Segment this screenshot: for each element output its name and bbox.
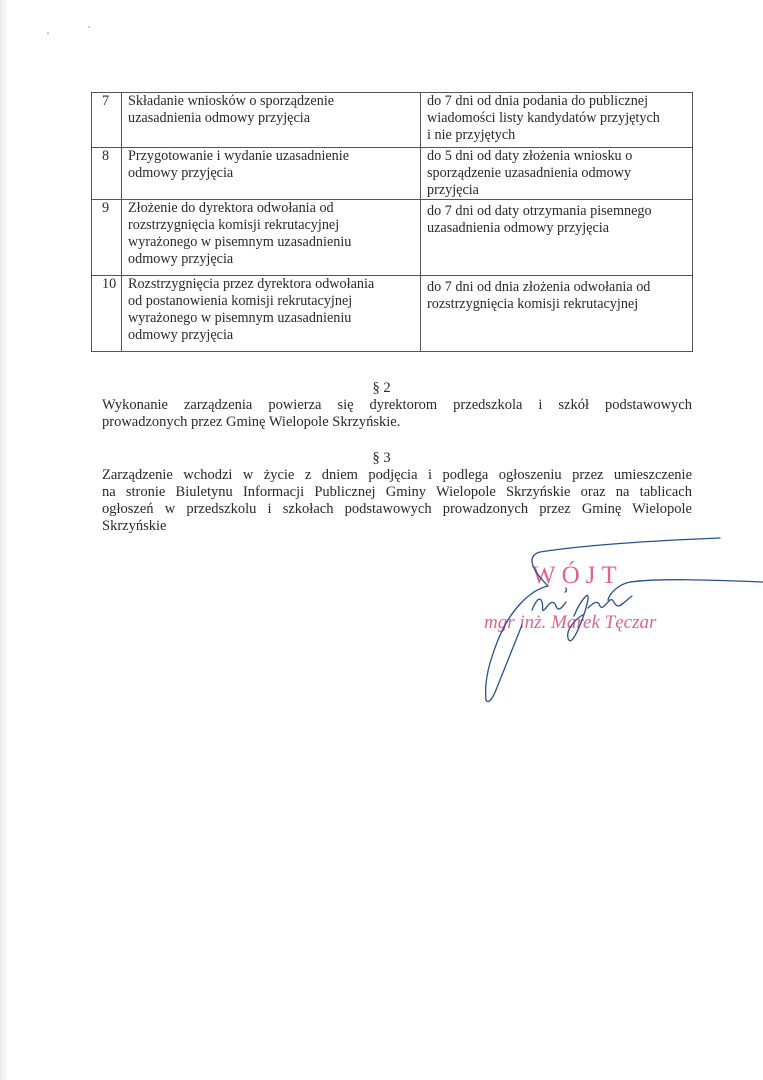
deadline-line: rozstrzygnięcia komisji rekrutacyjnej <box>427 296 687 313</box>
row-number: 10 <box>92 276 122 352</box>
section-mark-2: § 2 <box>0 380 763 397</box>
activity-line: Złożenie do dyrektora odwołania od <box>128 200 415 217</box>
section-3-body: Zarządzenie wchodzi w życie z dniem podj… <box>102 467 692 535</box>
deadline-line: do 7 dni od dnia złożenia odwołania od <box>427 279 687 296</box>
table-row: 8 Przygotowanie i wydanie uzasadnienie o… <box>92 148 693 200</box>
row-number: 7 <box>92 93 122 148</box>
section-2-body: Wykonanie zarządzenia powierza się dyrek… <box>102 397 692 431</box>
deadline-line: wiadomości listy kandydatów przyjętych <box>427 110 687 127</box>
row-deadline: do 5 dni od daty złożenia wniosku o spor… <box>421 148 693 200</box>
activity-line: odmowy przyjęcia <box>128 251 415 268</box>
row-activity: Złożenie do dyrektora odwołania od rozst… <box>122 200 421 276</box>
deadline-line: sporządzenie uzasadnienia odmowy <box>427 165 687 182</box>
row-number: 8 <box>92 148 122 200</box>
activity-line: odmowy przyjęcia <box>128 327 415 344</box>
activity-line: od postanowienia komisji rekrutacyjnej <box>128 293 415 310</box>
scan-speck <box>47 32 49 34</box>
row-activity: Składanie wniosków o sporządzenie uzasad… <box>122 93 421 148</box>
row-activity: Przygotowanie i wydanie uzasadnienie odm… <box>122 148 421 200</box>
recruitment-schedule-table: 7 Składanie wniosków o sporządzenie uzas… <box>91 92 693 352</box>
row-number: 9 <box>92 200 122 276</box>
activity-line: wyrażonego w pisemnym uzasadnieniu <box>128 310 415 327</box>
handwritten-signature <box>470 530 763 710</box>
activity-line: rozstrzygnięcia komisji rekrutacyjnej <box>128 217 415 234</box>
scan-speck <box>88 26 90 28</box>
section-line: prowadzonych przez Gminę Wielopole Skrzy… <box>102 414 692 431</box>
activity-line: odmowy przyjęcia <box>128 165 415 182</box>
section-line: Zarządzenie wchodzi w życie z dniem podj… <box>102 467 692 484</box>
activity-line: Przygotowanie i wydanie uzasadnienie <box>128 148 415 165</box>
section-mark-3: § 3 <box>0 450 763 467</box>
section-line: na stronie Biuletynu Informacji Publiczn… <box>102 484 692 501</box>
activity-line: uzasadnienia odmowy przyjęcia <box>128 110 415 127</box>
deadline-line: przyjęcia <box>427 182 687 199</box>
deadline-line: do 7 dni od daty otrzymania pisemnego <box>427 203 687 220</box>
row-deadline: do 7 dni od dnia złożenia odwołania od r… <box>421 276 693 352</box>
activity-line: Rozstrzygnięcia przez dyrektora odwołani… <box>128 276 415 293</box>
table-row: 10 Rozstrzygnięcia przez dyrektora odwoł… <box>92 276 693 352</box>
table-row: 7 Składanie wniosków o sporządzenie uzas… <box>92 93 693 148</box>
row-deadline: do 7 dni od daty otrzymania pisemnego uz… <box>421 200 693 276</box>
section-line: ogłoszeń w przedszkolu i szkołach podsta… <box>102 501 692 518</box>
table-row: 9 Złożenie do dyrektora odwołania od roz… <box>92 200 693 276</box>
row-deadline: do 7 dni od dnia podania do publicznej w… <box>421 93 693 148</box>
activity-line: wyrażonego w pisemnym uzasadnieniu <box>128 234 415 251</box>
deadline-line: do 5 dni od daty złożenia wniosku o <box>427 148 687 165</box>
scan-edge <box>0 0 9 1080</box>
deadline-line: uzasadnienia odmowy przyjęcia <box>427 220 687 237</box>
deadline-line: do 7 dni od dnia podania do publicznej <box>427 93 687 110</box>
row-activity: Rozstrzygnięcia przez dyrektora odwołani… <box>122 276 421 352</box>
activity-line: Składanie wniosków o sporządzenie <box>128 93 415 110</box>
deadline-line: i nie przyjętych <box>427 127 687 144</box>
section-line: Wykonanie zarządzenia powierza się dyrek… <box>102 397 692 414</box>
